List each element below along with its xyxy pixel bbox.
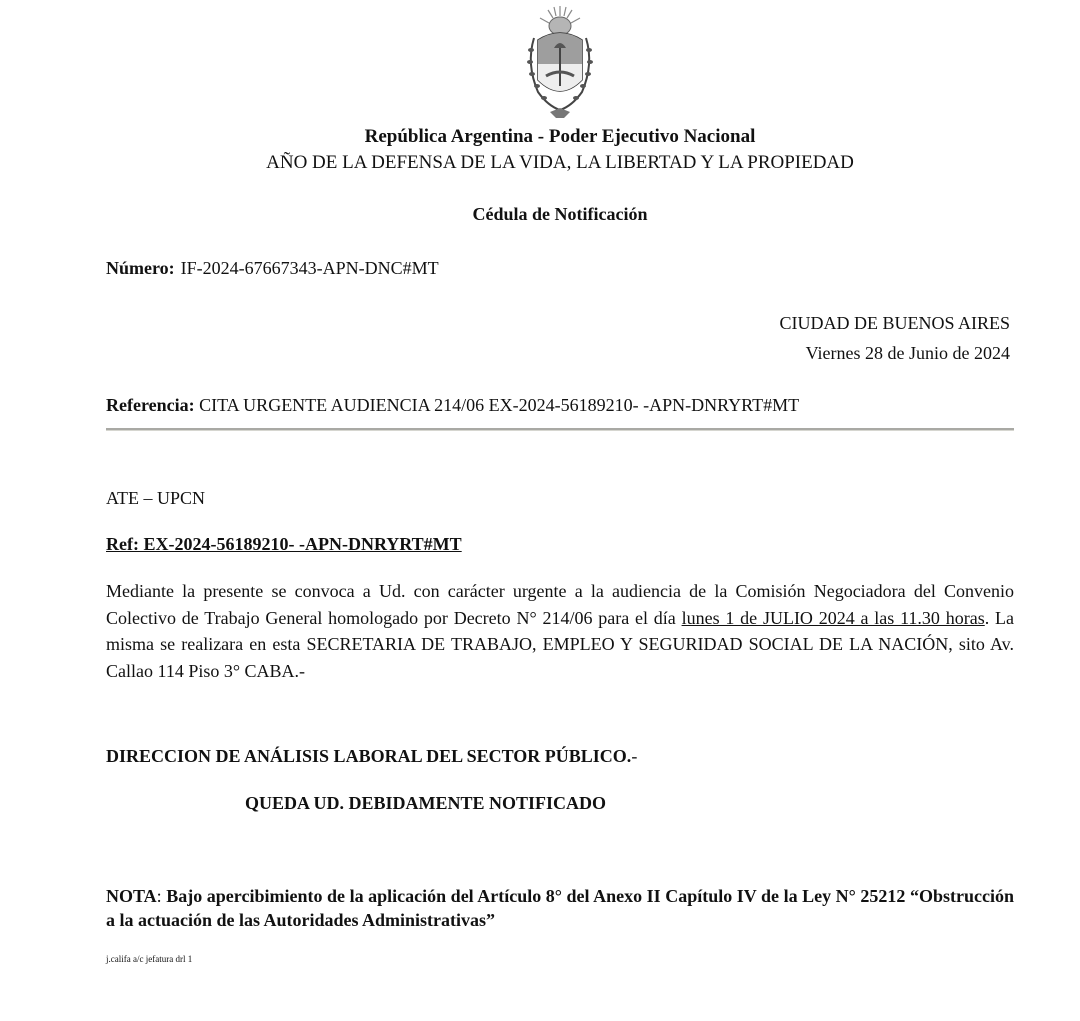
document-number: Número:IF-2024-67667343-APN-DNC#MT <box>106 258 439 279</box>
notification-statement: QUEDA UD. DEBIDAMENTE NOTIFICADO <box>245 793 606 814</box>
referencia-value: CITA URGENTE AUDIENCIA 214/06 EX-2024-56… <box>195 395 799 415</box>
coat-of-arms-icon <box>524 4 596 122</box>
divider <box>106 428 1014 431</box>
referencia-label: Referencia: <box>106 395 195 415</box>
numero-label: Número: <box>106 258 175 278</box>
nota-text: Bajo apercibimiento de la aplicación del… <box>106 886 1014 930</box>
document-date: Viernes 28 de Junio de 2024 <box>806 343 1010 364</box>
document-title: Cédula de Notificación <box>0 204 1080 225</box>
year-motto: AÑO DE LA DEFENSA DE LA VIDA, LA LIBERTA… <box>0 152 1080 174</box>
city: CIUDAD DE BUENOS AIRES <box>779 313 1010 334</box>
nota-label: NOTA <box>106 886 157 906</box>
legal-note: NOTA: Bajo apercibimiento de la aplicaci… <box>106 884 1014 932</box>
government-header: República Argentina - Poder Ejecutivo Na… <box>0 126 1080 148</box>
expediente-ref: Ref: EX-2024-56189210- -APN-DNRYRT#MT <box>106 534 462 555</box>
issuing-office: DIRECCION DE ANÁLISIS LABORAL DEL SECTOR… <box>106 746 637 767</box>
hearing-datetime: lunes 1 de JULIO 2024 a las 11.30 horas <box>682 608 985 628</box>
body-paragraph: Mediante la presente se convoca a Ud. co… <box>106 578 1014 684</box>
reference: Referencia: CITA URGENTE AUDIENCIA 214/0… <box>106 395 799 416</box>
recipient: ATE – UPCN <box>106 488 205 509</box>
numero-value: IF-2024-67667343-APN-DNC#MT <box>181 258 439 278</box>
footer-initials: j.califa a/c jefatura drl 1 <box>106 954 192 964</box>
